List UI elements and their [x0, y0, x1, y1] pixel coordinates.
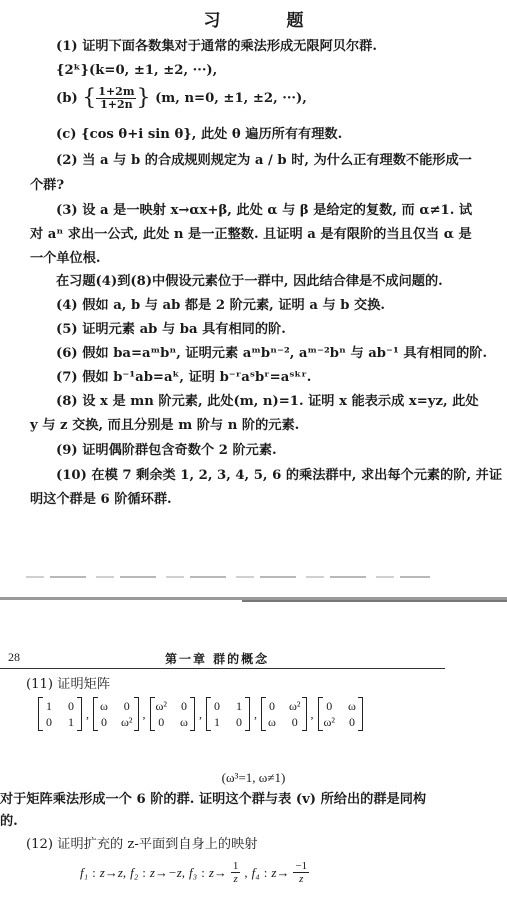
matrix-entry: 0	[324, 699, 336, 713]
matrix-entry: 0	[289, 715, 301, 729]
header-rule	[0, 668, 445, 669]
matrix-4: 0110	[206, 697, 250, 731]
matrix-entry: ω	[179, 715, 189, 729]
fraction-denominator: z	[293, 873, 309, 885]
mapping-list: f₁: z→z, f₂: z→−z, f₃: z→ 1z , f₄: z→ −1…	[80, 860, 309, 885]
matrix-entry: 0	[44, 715, 54, 729]
matrix-1: 1001	[38, 697, 82, 731]
comma: ,	[244, 865, 247, 881]
colon: :	[92, 865, 96, 881]
page-number: 28	[8, 650, 20, 665]
right-brace: }	[136, 86, 150, 111]
colon: :	[142, 865, 146, 881]
separator: ,	[199, 707, 202, 722]
fraction-numerator: −1	[293, 860, 309, 873]
matrix-3: ω²00ω	[150, 697, 196, 731]
matrix-entry: ω²	[121, 715, 133, 729]
exercise-5: (5) 证明元素 ab 与 ba 具有相同的阶.	[56, 321, 286, 339]
matrix-entry: 0	[267, 699, 277, 713]
exercise-3-line3: 一个单位根.	[30, 250, 101, 268]
exercise-2-line1: (2) 当 a 与 b 的合成规则规定为 a / b 时, 为什么正有理数不能形…	[56, 152, 472, 170]
omega-condition: (ω³=1, ω≠1)	[0, 770, 507, 786]
section-title: 习 题	[0, 6, 507, 31]
exercise-1c: (c) {cos θ+i sin θ}, 此处 θ 遍历所有有理数.	[56, 126, 342, 144]
fraction: 1+2m1+2n	[96, 86, 136, 111]
map-rule: z→	[271, 865, 289, 881]
chapter-title: 第一章 群的概念	[165, 650, 269, 667]
fraction: 1z	[231, 860, 241, 885]
map-rule: z→−z,	[150, 865, 185, 881]
exercise-11-label: (11) 证明矩阵	[26, 676, 110, 694]
matrix-entry: 0	[99, 715, 109, 729]
map-name: f₂	[130, 865, 138, 881]
matrix-entry: 0	[347, 715, 357, 729]
matrix-entry: 0	[179, 699, 189, 713]
exercise-8-line1: (8) 设 x 是 mn 阶元素, 此处(m, n)=1. 证明 x 能表示成 …	[56, 393, 479, 411]
matrix-5: 0ω²ω0	[261, 697, 307, 731]
exercise-1b-label: (b)	[56, 91, 78, 106]
map-name: f₄	[252, 865, 260, 881]
exercise-11-text-line2: 的.	[0, 813, 18, 831]
fraction: −1z	[293, 860, 309, 885]
matrix-entry: ω²	[324, 715, 336, 729]
matrix-entry: 0	[66, 699, 76, 713]
exercise-9: (9) 证明偶阶群包含奇数个 2 阶元素.	[56, 442, 277, 460]
map-name: f₃	[189, 865, 197, 881]
map-rule: z→	[209, 865, 227, 881]
bottom-page	[0, 600, 507, 900]
separator: ,	[143, 707, 146, 722]
matrix-6: 0ωω²0	[318, 697, 364, 731]
matrix-2: ω00ω²	[93, 697, 139, 731]
exercise-3-line2: 对 aⁿ 求出一公式, 此处 n 是一正整数. 且证明 a 是有限阶的当且仅当 …	[30, 226, 472, 244]
exercise-7: (7) 假如 b⁻¹ab=aᵏ, 证明 b⁻ʳaˢbʳ=aˢᵏʳ.	[56, 369, 311, 387]
exercise-8-line2: y 与 z 交换, 而且分别是 m 阶与 n 阶的元素.	[30, 417, 299, 435]
matrix-entry: ω²	[289, 699, 301, 713]
matrix-entry: 0	[121, 699, 133, 713]
matrix-entry: 1	[44, 699, 54, 713]
colon: :	[264, 865, 268, 881]
matrix-entry: 1	[234, 699, 244, 713]
exercise-1b-range: (m, n=0, ±1, ±2, ···),	[155, 91, 307, 106]
separator: ,	[86, 707, 89, 722]
fraction-numerator: 1	[231, 860, 241, 873]
matrix-entry: ω	[347, 699, 357, 713]
exercise-4: (4) 假如 a, b 与 ab 都是 2 阶元素, 证明 a 与 b 交换.	[56, 297, 385, 315]
assumption-note: 在习题(4)到(8)中假设元素位于一群中, 因此结合律是不成问题的.	[56, 273, 443, 291]
exercise-1a: {2ᵏ}(k=0, ±1, ±2, ···),	[56, 62, 217, 80]
exercise-2-line2: 个群?	[30, 177, 64, 195]
exercise-12-label: (12) 证明扩充的 z-平面到自身上的映射	[26, 836, 257, 854]
matrix-entry: 1	[66, 715, 76, 729]
matrix-entry: 0	[234, 715, 244, 729]
separator: ,	[311, 707, 314, 722]
colon: :	[201, 865, 205, 881]
matrix-entry: 1	[212, 715, 222, 729]
fraction-denominator: 1+2n	[96, 99, 136, 111]
matrix-entry: 0	[212, 699, 222, 713]
exercise-1b: (b) {1+2m1+2n} (m, n=0, ±1, ±2, ···),	[56, 86, 307, 111]
matrix-list: 1001 , ω00ω² , ω²00ω , 0110 , 0ω²ω0 , 0ω…	[38, 697, 363, 731]
scan-artifact	[26, 576, 430, 578]
running-header: 28 第一章 群的概念	[0, 650, 507, 668]
fraction-denominator: z	[231, 873, 241, 885]
matrix-entry: ω	[99, 699, 109, 713]
exercise-6: (6) 假如 ba=aᵐbⁿ, 证明元素 aᵐbⁿ⁻², aᵐ⁻²bⁿ 与 ab…	[56, 345, 487, 363]
matrix-entry: ω²	[156, 699, 168, 713]
left-brace: {	[82, 86, 96, 111]
matrix-entry: ω	[267, 715, 277, 729]
exercise-3-line1: (3) 设 a 是一映射 x→αx+β, 此处 α 与 β 是给定的复数, 而 …	[56, 202, 472, 220]
exercise-10-line1: (10) 在模 7 剩余类 1, 2, 3, 4, 5, 6 的乘法群中, 求出…	[56, 467, 502, 485]
matrix-entry: 0	[156, 715, 168, 729]
exercise-1: (1) 证明下面各数集对于通常的乘法形成无限阿贝尔群.	[56, 38, 377, 56]
separator: ,	[254, 707, 257, 722]
map-rule: z→z,	[100, 865, 126, 881]
exercise-10-line2: 明这个群是 6 阶循环群.	[30, 491, 172, 509]
map-name: f₁	[80, 865, 88, 881]
exercise-11-text-line1: 对于矩阵乘法形成一个 6 阶的群. 证明这个群与表 (v) 所给出的群是同构	[0, 791, 426, 809]
